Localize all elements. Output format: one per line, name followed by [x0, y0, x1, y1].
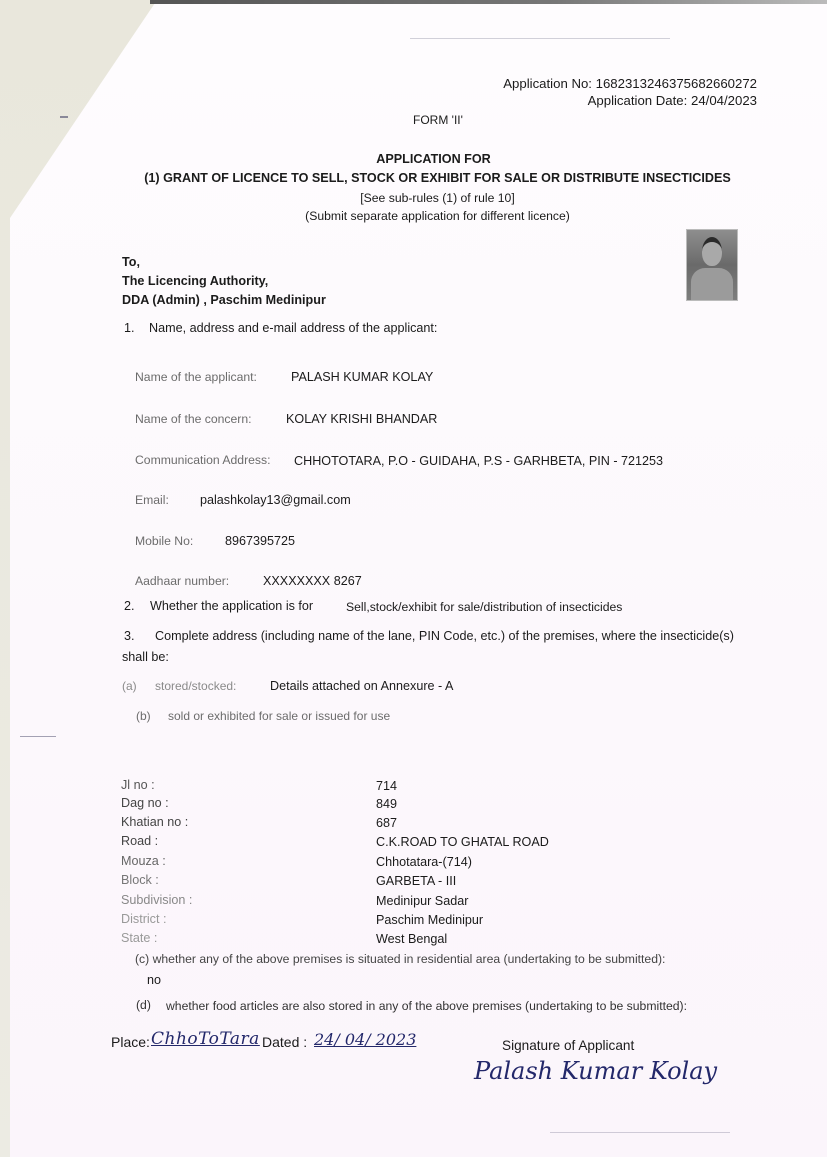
premises-label: District :: [121, 913, 166, 926]
applicant-photo: [686, 229, 738, 301]
concern-name-label: Name of the concern:: [135, 413, 252, 425]
section-3d-text: whether food articles are also stored in…: [166, 1000, 687, 1012]
applicant-signature: Palash Kumar Kolay: [474, 1057, 717, 1085]
section-3b-label: (b): [136, 710, 151, 722]
section-3a-text: stored/stocked:: [155, 680, 236, 692]
premises-value: 849: [376, 798, 397, 811]
email-value: palashkolay13@gmail.com: [200, 494, 351, 507]
section-1-heading: Name, address and e-mail address of the …: [149, 322, 437, 335]
aadhaar-label: Aadhaar number:: [135, 575, 229, 587]
addressee-office: DDA (Admin) , Paschim Medinipur: [122, 294, 326, 307]
section-1-number: 1.: [124, 322, 135, 335]
dated-value: 24/ 04/ 2023: [314, 1030, 416, 1049]
premises-label: Mouza :: [121, 855, 166, 868]
application-number-value: 168231324637568266027​2: [596, 76, 757, 91]
application-date: Application Date: 24/04/2023: [588, 94, 757, 107]
premises-value: C.K.ROAD TO GHATAL ROAD: [376, 836, 549, 849]
section-3c-answer: no: [147, 974, 161, 987]
title-line-3: [See sub-rules (1) of rule 10]: [0, 192, 827, 204]
dated-label: Dated :: [262, 1035, 307, 1049]
mobile-value: 8967395725: [225, 535, 295, 548]
application-number-label: Application No:: [503, 76, 592, 91]
premises-label: Subdivision :: [121, 894, 192, 907]
applicant-name-label: Name of the applicant:: [135, 371, 257, 383]
email-label: Email:: [135, 494, 169, 506]
premises-value: 687: [376, 817, 397, 830]
address-value: CHHOTOTARA, P.O - GUIDAHA, P.S - GARHBET…: [294, 455, 663, 468]
title-line-2: (1) GRANT OF LICENCE TO SELL, STOCK OR E…: [0, 172, 827, 185]
section-2-question: Whether the application is for: [150, 600, 313, 613]
title-line-1: APPLICATION FOR: [0, 153, 827, 166]
scan-line: [20, 736, 56, 737]
premises-label: State :: [121, 932, 157, 945]
applicant-name-value: PALASH KUMAR KOLAY: [291, 371, 433, 384]
mobile-label: Mobile No:: [135, 535, 193, 547]
aadhaar-value: XXXXXXXX 8267: [263, 575, 362, 588]
premises-label: Khatian no :: [121, 816, 188, 829]
application-number: Application No: 168231324637568266027​2: [503, 77, 757, 90]
premises-label: Dag no :: [121, 797, 169, 810]
section-3-question: Complete address (including name of the …: [155, 630, 734, 643]
premises-value: Medinipur Sadar: [376, 895, 468, 908]
premises-value: 714: [376, 780, 397, 793]
premises-label: Road :: [121, 835, 158, 848]
page-top-shadow: [150, 0, 827, 4]
section-3b-text: sold or exhibited for sale or issued for…: [168, 710, 390, 722]
concern-name-value: KOLAY KRISHI BHANDAR: [286, 413, 437, 426]
person-body-icon: [691, 268, 733, 300]
premises-value: West Bengal: [376, 933, 447, 946]
addressee-to: To,: [122, 256, 140, 269]
page-bottom-margin: [0, 1157, 827, 1169]
section-3a-label: (a): [122, 680, 137, 692]
place-value: ChhoToTara: [151, 1029, 260, 1049]
section-2-answer: Sell,stock/exhibit for sale/distribution…: [346, 601, 622, 613]
title-line-4: (Submit separate application for differe…: [0, 210, 827, 222]
addressee-authority: The Licencing Authority,: [122, 275, 268, 288]
premises-value: Chhotatara-(714): [376, 856, 472, 869]
application-date-value: 24/04/2023: [691, 93, 757, 108]
section-3a-value: Details attached on Annexure - A: [270, 680, 453, 693]
person-head-icon: [702, 237, 722, 266]
address-label: Communication Address:: [135, 454, 270, 466]
scan-speck: [60, 116, 68, 118]
premises-label: Jl no :: [121, 779, 155, 792]
application-date-label: Application Date:: [588, 93, 688, 108]
section-3c-text: (c) whether any of the above premises is…: [135, 953, 665, 965]
section-3-question-cont: shall be:: [122, 651, 169, 664]
premises-label: Block :: [121, 874, 159, 887]
place-label: Place:: [111, 1035, 150, 1049]
scan-line: [410, 38, 670, 39]
premises-value: Paschim Medinipur: [376, 914, 483, 927]
form-label: FORM 'II': [413, 114, 463, 126]
signature-label: Signature of Applicant: [502, 1039, 634, 1053]
premises-value: GARBETA - III: [376, 875, 456, 888]
section-3d-label: (d): [136, 999, 151, 1011]
scan-line: [550, 1132, 730, 1133]
section-2-number: 2.: [124, 600, 135, 613]
section-3-number: 3.: [124, 630, 135, 643]
